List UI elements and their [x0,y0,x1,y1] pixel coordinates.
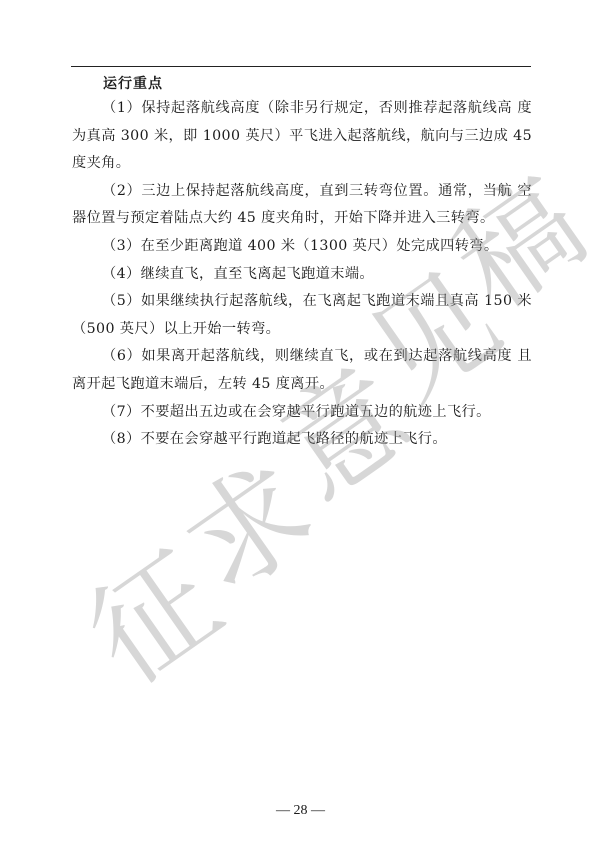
watermark-char-2: 求 [166,446,333,613]
paragraph-5: （5）如果继续执行起落航线，在飞离起飞跑道末端且真高 150 米（500 英尺）… [72,288,532,343]
paragraph-6: （6）如果离开起落航线，则继续直飞，或在到达起落航线高度 且离开起飞跑道末端后，… [72,343,532,398]
header-rule [71,66,531,67]
page-number: — 28 — [0,803,601,819]
paragraph-4: （4）继续直飞，直至飞离起飞跑道末端。 [72,261,532,289]
paragraph-1: （1）保持起落航线高度（除非另行规定，否则推荐起落航线高 度为真高 300 米，… [72,95,532,178]
paragraph-8: （8）不要在会穿越平行跑道起飞路径的航迹上飞行。 [72,426,532,454]
paragraph-2: （2）三边上保持起落航线高度，直到三转弯位置。通常，当航 空器位置与预定着陆点大… [72,178,532,233]
paragraph-3: （3）在至少距离跑道 400 米（1300 英尺）处完成四转弯。 [72,233,532,261]
section-heading: 运行重点 [103,73,163,93]
watermark-char-1: 征 [71,536,238,703]
document-body: （1）保持起落航线高度（除非另行规定，否则推荐起落航线高 度为真高 300 米，… [72,95,532,454]
paragraph-7: （7）不要超出五边或在会穿越平行跑道五边的航迹上飞行。 [72,399,532,427]
